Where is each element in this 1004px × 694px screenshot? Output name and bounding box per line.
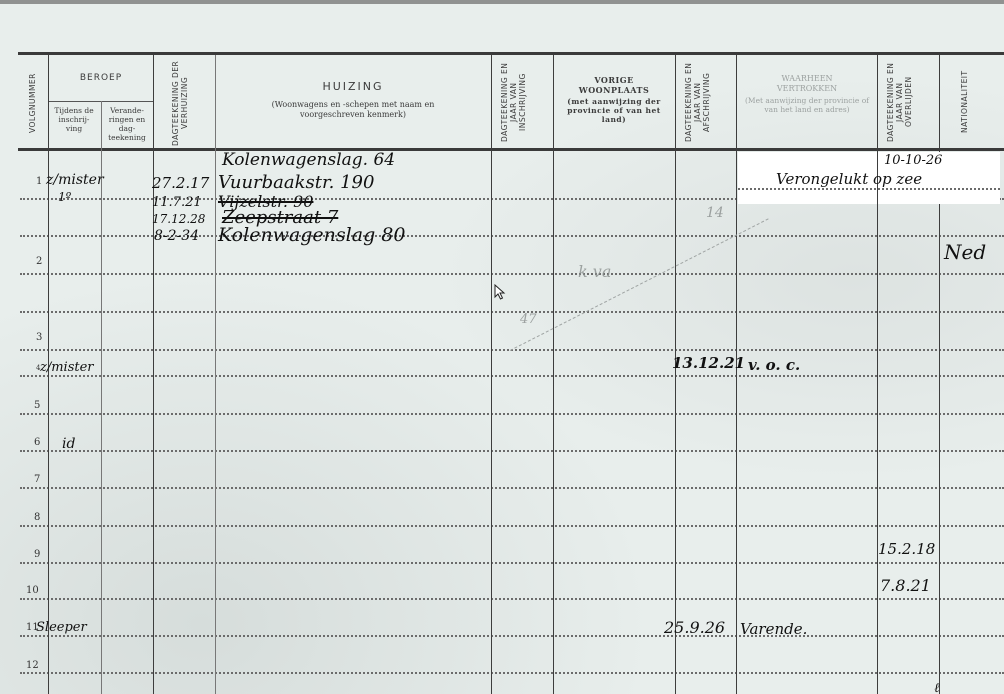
row-number: 5 [34,400,40,411]
faint-mark: 47 [520,312,537,327]
col-rule [101,101,102,694]
header-dagteekening-inschrijving: DAGTEEKENING EN JAAR VAN INSCHRIJVING [500,58,544,146]
row-number: 12 [26,660,39,671]
col-rule [939,55,940,694]
header-vorige-woonplaats: VORIGE WOONPLAATS [572,75,656,95]
row-number: 7 [34,474,40,485]
col-rule [215,55,216,694]
move-address: Kolenwagenslag. 64 [222,150,395,170]
row-line-4 [20,375,1004,377]
row-number: 10 [26,585,39,596]
header-dagteekening-verhuizing: DAGTEEKENING DER VERHUIZING [162,60,206,146]
row-number: 3 [36,332,42,343]
header-bottom-rule [18,148,1004,151]
col-rule [553,55,554,694]
col-rule [153,55,154,694]
col-rule [491,55,492,694]
move-date: 27.2.17 [152,174,209,192]
beroep-row1-note: 1º [58,190,71,204]
row-number: 9 [34,549,40,560]
waarheen-row1: Verongelukt op zee [776,170,922,188]
move-address: Vuurbaakstr. 190 [218,172,374,193]
row-number: 1 [36,176,42,187]
overlijden-row1: 10-10-26 [884,153,942,168]
faint-diagonal-stroke [510,218,769,351]
faint-mark: 14 [706,205,724,221]
move-date: 8-2-34 [154,228,199,244]
afschrijving-row4: 13.12.21 [672,354,745,372]
header-dagteekening-afschrijving: DAGTEEKENING EN JAAR VAN AFSCHRIJVING [684,58,728,146]
row-line-1-box [738,188,1000,190]
row-line-10 [20,598,1004,600]
mouse-pointer-icon [494,284,506,304]
beroep-row11: Sleeper [36,620,87,635]
header-nationaliteit: NATIONALITEIT [960,62,974,142]
header-top-rule [18,52,1004,55]
row-line-8 [20,525,1004,527]
beroep-row4: z/mister [40,360,94,375]
move-address: Kolenwagenslag 80 [218,224,405,246]
row-number: 8 [34,512,40,523]
waarheen-row11: Varende. [740,620,807,638]
header-huizing: HUIZING [218,80,488,93]
row-number: 2 [36,256,42,267]
header-vorige-woonplaats-sub: (met aanwijzing der provincie of van het… [558,97,670,124]
register-sheet: VOLGNUMMER BEROEP Tijdens de inschrij- v… [0,0,1004,694]
row-line-11 [20,635,1004,637]
col-rule [736,55,737,694]
col-rule [675,55,676,694]
header-waarheen-vertrokken: WAARHEEN VERTROKKEN [768,74,846,94]
header-volgnummer: VOLGNUMMER [28,62,42,144]
header-beroep: BEROEP [52,73,150,83]
row-line-9 [20,562,1004,564]
row-line-2b [20,311,1004,313]
move-date: 17.12.28 [152,212,205,226]
overlijden-row10: 7.8.21 [880,576,931,595]
col-rule [877,55,878,694]
row-line-12 [20,672,1004,674]
beroep-row1: z/mister [46,172,104,188]
faint-mark: k va [578,262,611,281]
row-line-7 [20,487,1004,489]
row-line-6 [20,450,1004,452]
header-beroep-veranderingen: Verande- ringen en dag- teekening [103,106,151,142]
nationaliteit-row2: Ned [944,240,986,264]
beroep-row6: id [62,436,75,452]
row-number: 6 [34,437,40,448]
move-date: 11.7.21 [152,195,202,210]
header-huizing-sub: (Woonwagens en -schepen met naam en voor… [246,100,460,120]
header-dagteekening-overlijden: DAGTEEKENING EN JAAR VAN OVERLIJDEN [886,58,930,146]
overlijden-row9: 15.2.18 [878,540,935,558]
header-beroep-inschrijving: Tijdens de inschrij- ving [50,106,98,133]
scan-edge [0,0,1004,4]
header-waarheen-sub: (Met aanwijzing der provincie of van het… [740,96,874,114]
corner-mark: ℓ [934,680,939,694]
afschrijving-row11: 25.9.26 [664,618,725,637]
waarheen-row4: v. o. c. [748,356,800,374]
row-line-5 [20,413,1004,415]
row-line-2 [20,273,1004,275]
